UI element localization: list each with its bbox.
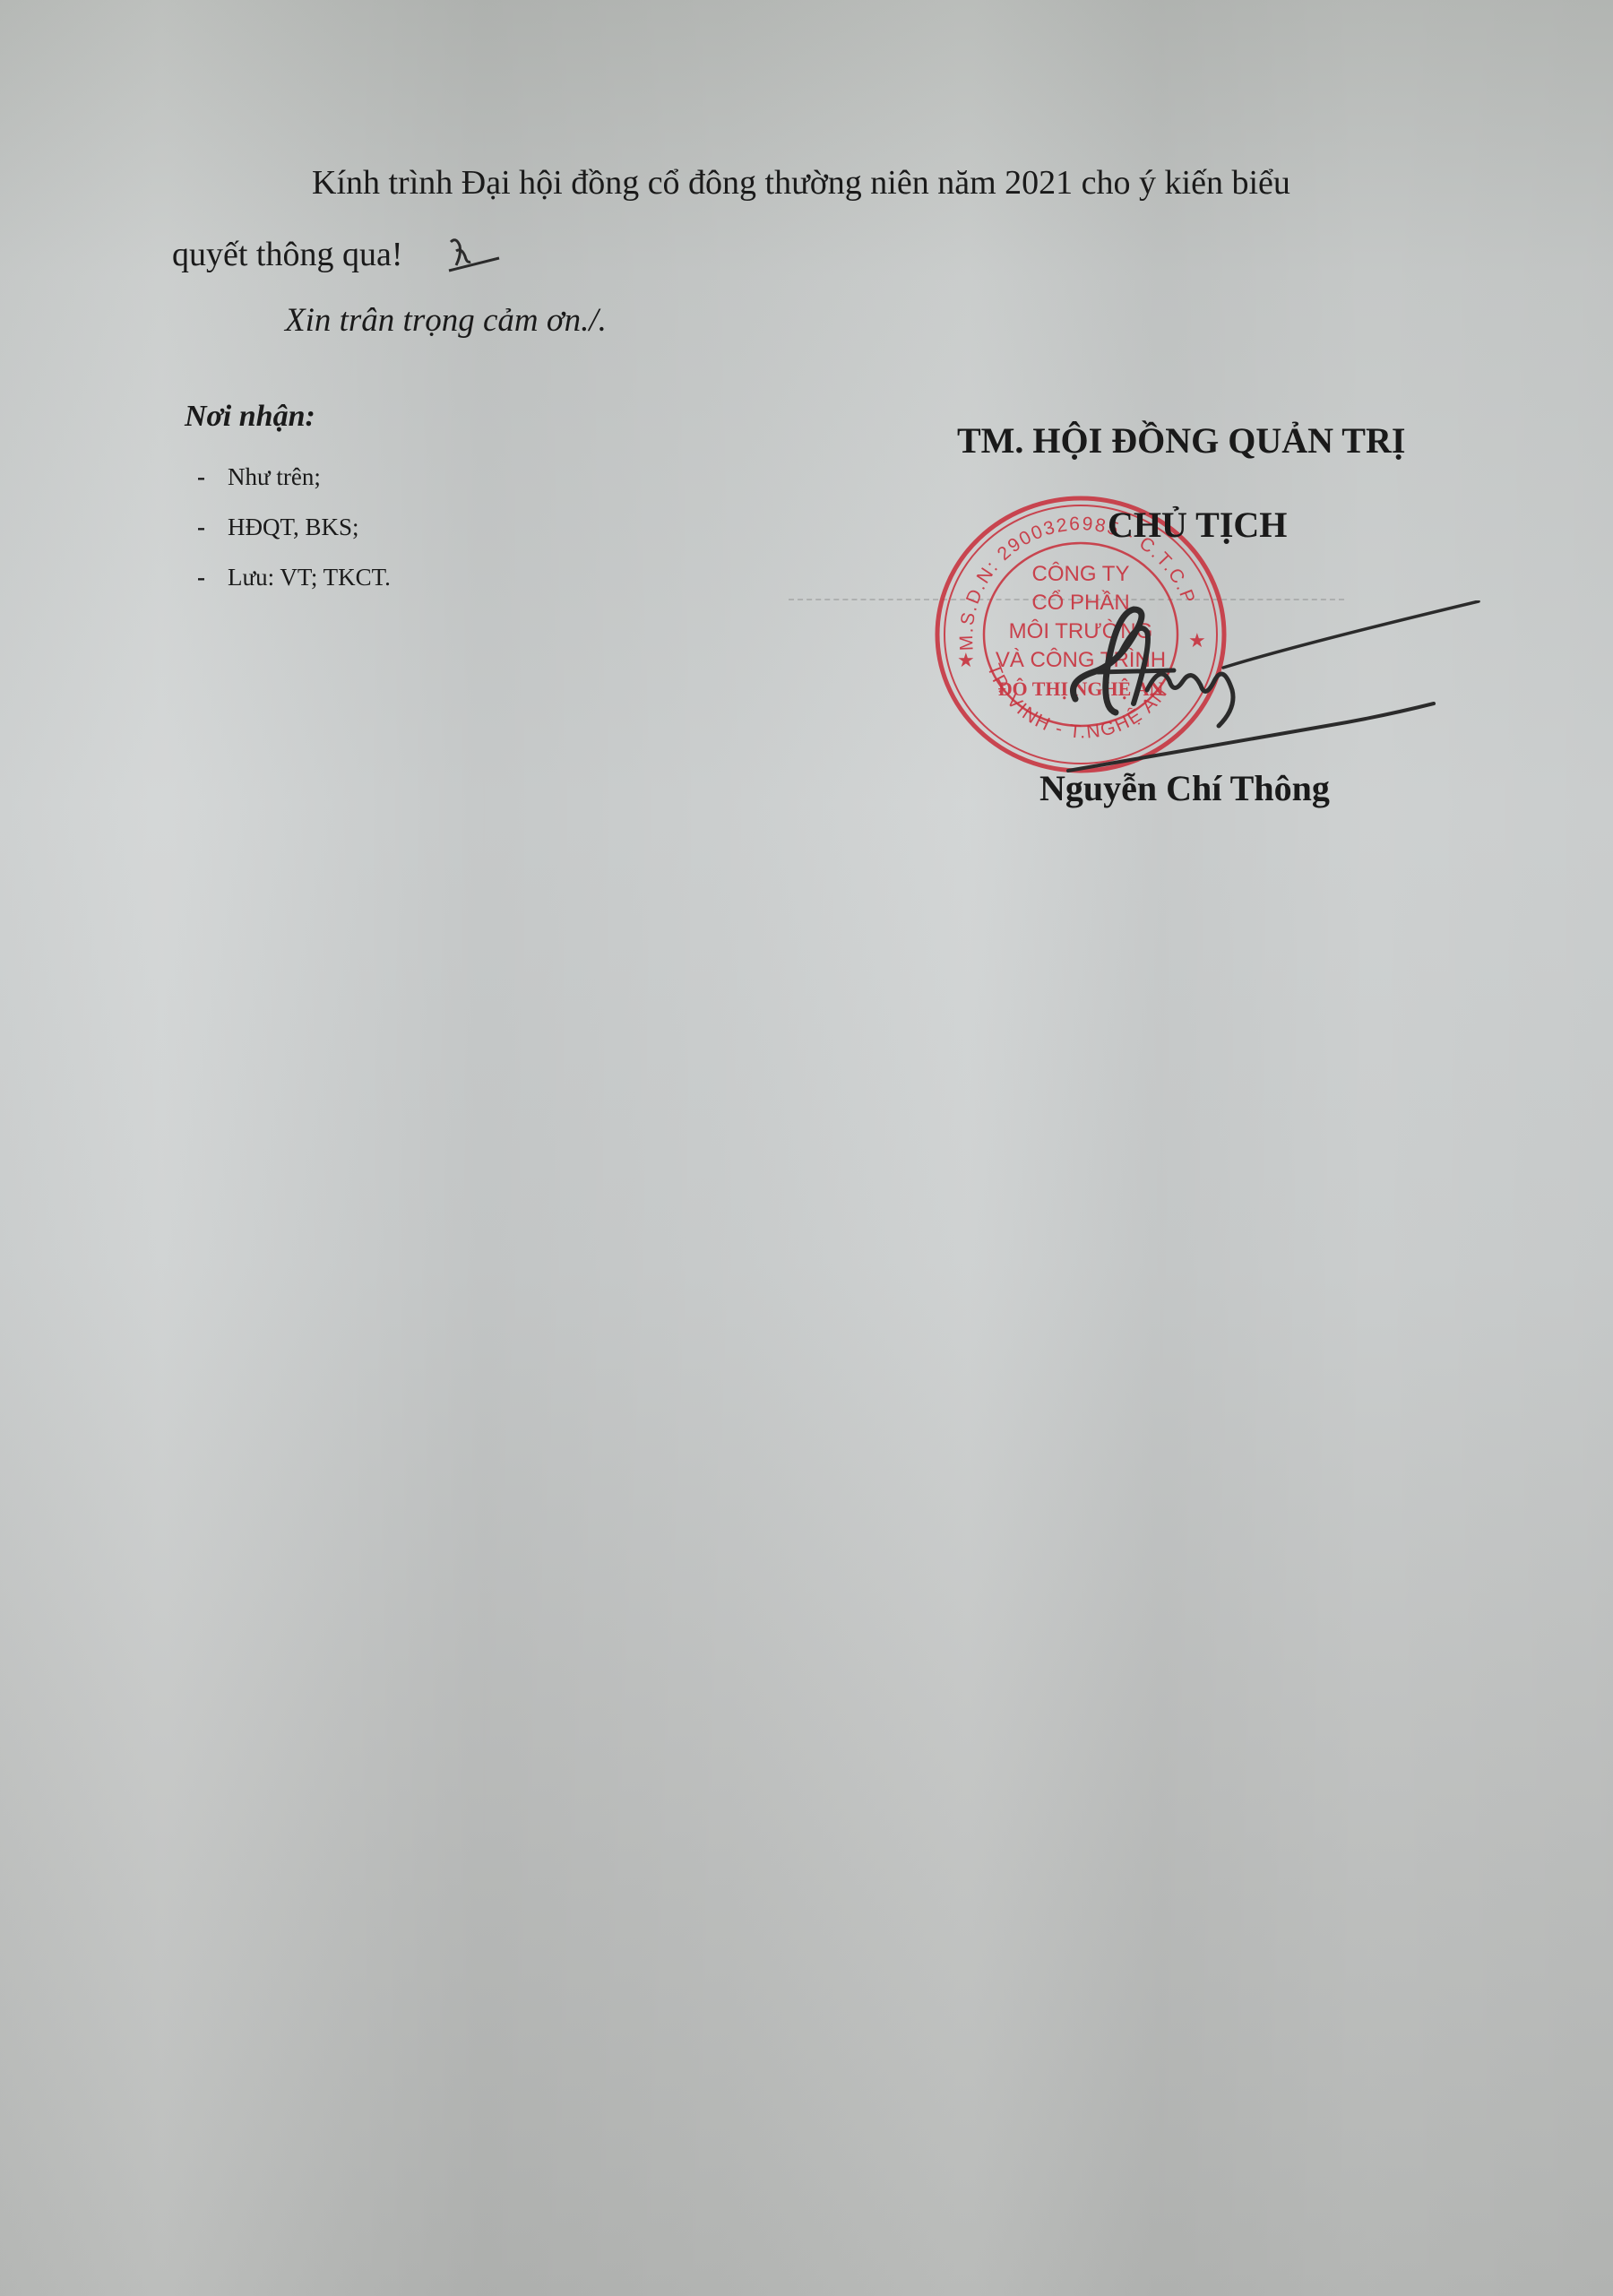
document-page: Kính trình Đại hội đồng cổ đông thường n… [0,0,1613,2296]
handwritten-signature-icon [1057,600,1505,780]
recipient-item: HĐQT, BKS; [197,509,391,559]
svg-text:★: ★ [957,649,975,671]
on-behalf-heading: TM. HỘI ĐỒNG QUẢN TRỊ [957,419,1405,462]
handwritten-initial-icon [444,235,506,276]
position-title: CHỦ TỊCH [1108,504,1287,546]
closing-paragraph-line-1: Kính trình Đại hội đồng cổ đông thường n… [312,163,1290,203]
recipients-list: Như trên; HĐQT, BKS; Lưu: VT; TKCT. [197,459,391,609]
signer-name: Nguyễn Chí Thông [1039,767,1330,809]
svg-text:CÔNG TY: CÔNG TY [1032,561,1130,586]
recipient-item: Như trên; [197,459,391,509]
recipients-title: Nơi nhận: [185,400,315,434]
recipient-item: Lưu: VT; TKCT. [197,559,391,609]
thanks-line: Xin trân trọng cảm ơn./. [285,301,607,340]
closing-paragraph-line-2: quyết thông qua! [172,235,403,274]
